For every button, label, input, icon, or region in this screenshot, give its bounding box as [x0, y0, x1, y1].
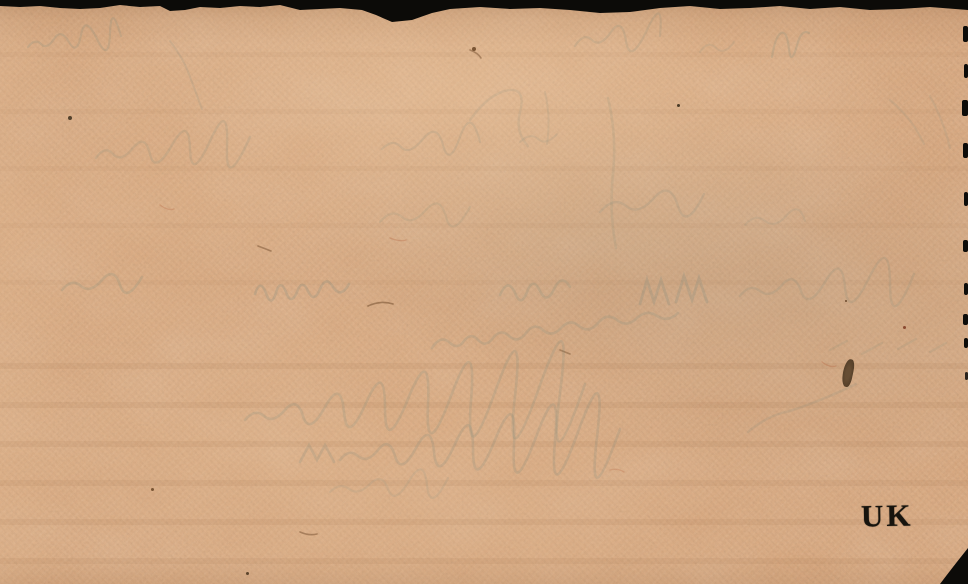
- torn-bottom-right-corner: [940, 548, 968, 584]
- torn-edge-overlay: [0, 0, 968, 584]
- paper-speck: [845, 300, 847, 302]
- paper-speck: [677, 104, 680, 107]
- paper-speck: [472, 47, 476, 51]
- paper-speck: [246, 572, 249, 575]
- torn-right-edge-dashes: [962, 26, 968, 380]
- torn-top-edge: [0, 0, 968, 22]
- paper-speck: [151, 488, 154, 491]
- paper-speck: [903, 326, 906, 329]
- postcard-back-scan: UK: [0, 0, 968, 584]
- paper-speck: [68, 116, 72, 120]
- uk-stamp: UK: [861, 498, 914, 535]
